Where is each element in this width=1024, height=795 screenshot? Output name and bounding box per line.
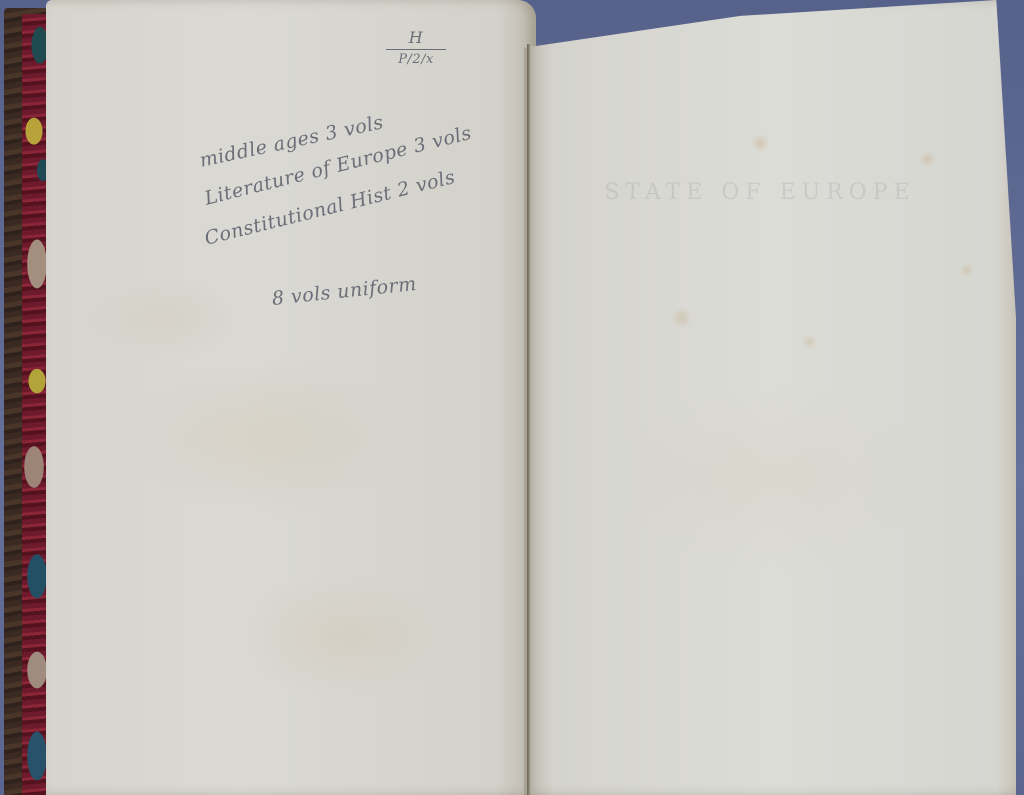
right-page	[524, 0, 1016, 795]
left-page	[46, 0, 536, 795]
shelf-mark-bottom: P/2/x	[386, 52, 446, 67]
shelf-mark-rule	[386, 49, 446, 50]
show-through-title: STATE OF EUROPE	[560, 180, 960, 205]
shelf-mark-top: H	[386, 28, 446, 47]
shelf-mark: H P/2/x	[386, 28, 446, 67]
photo-scene: H P/2/x middle ages 3 vols Literature of…	[0, 0, 1024, 795]
book-gutter	[527, 44, 530, 795]
